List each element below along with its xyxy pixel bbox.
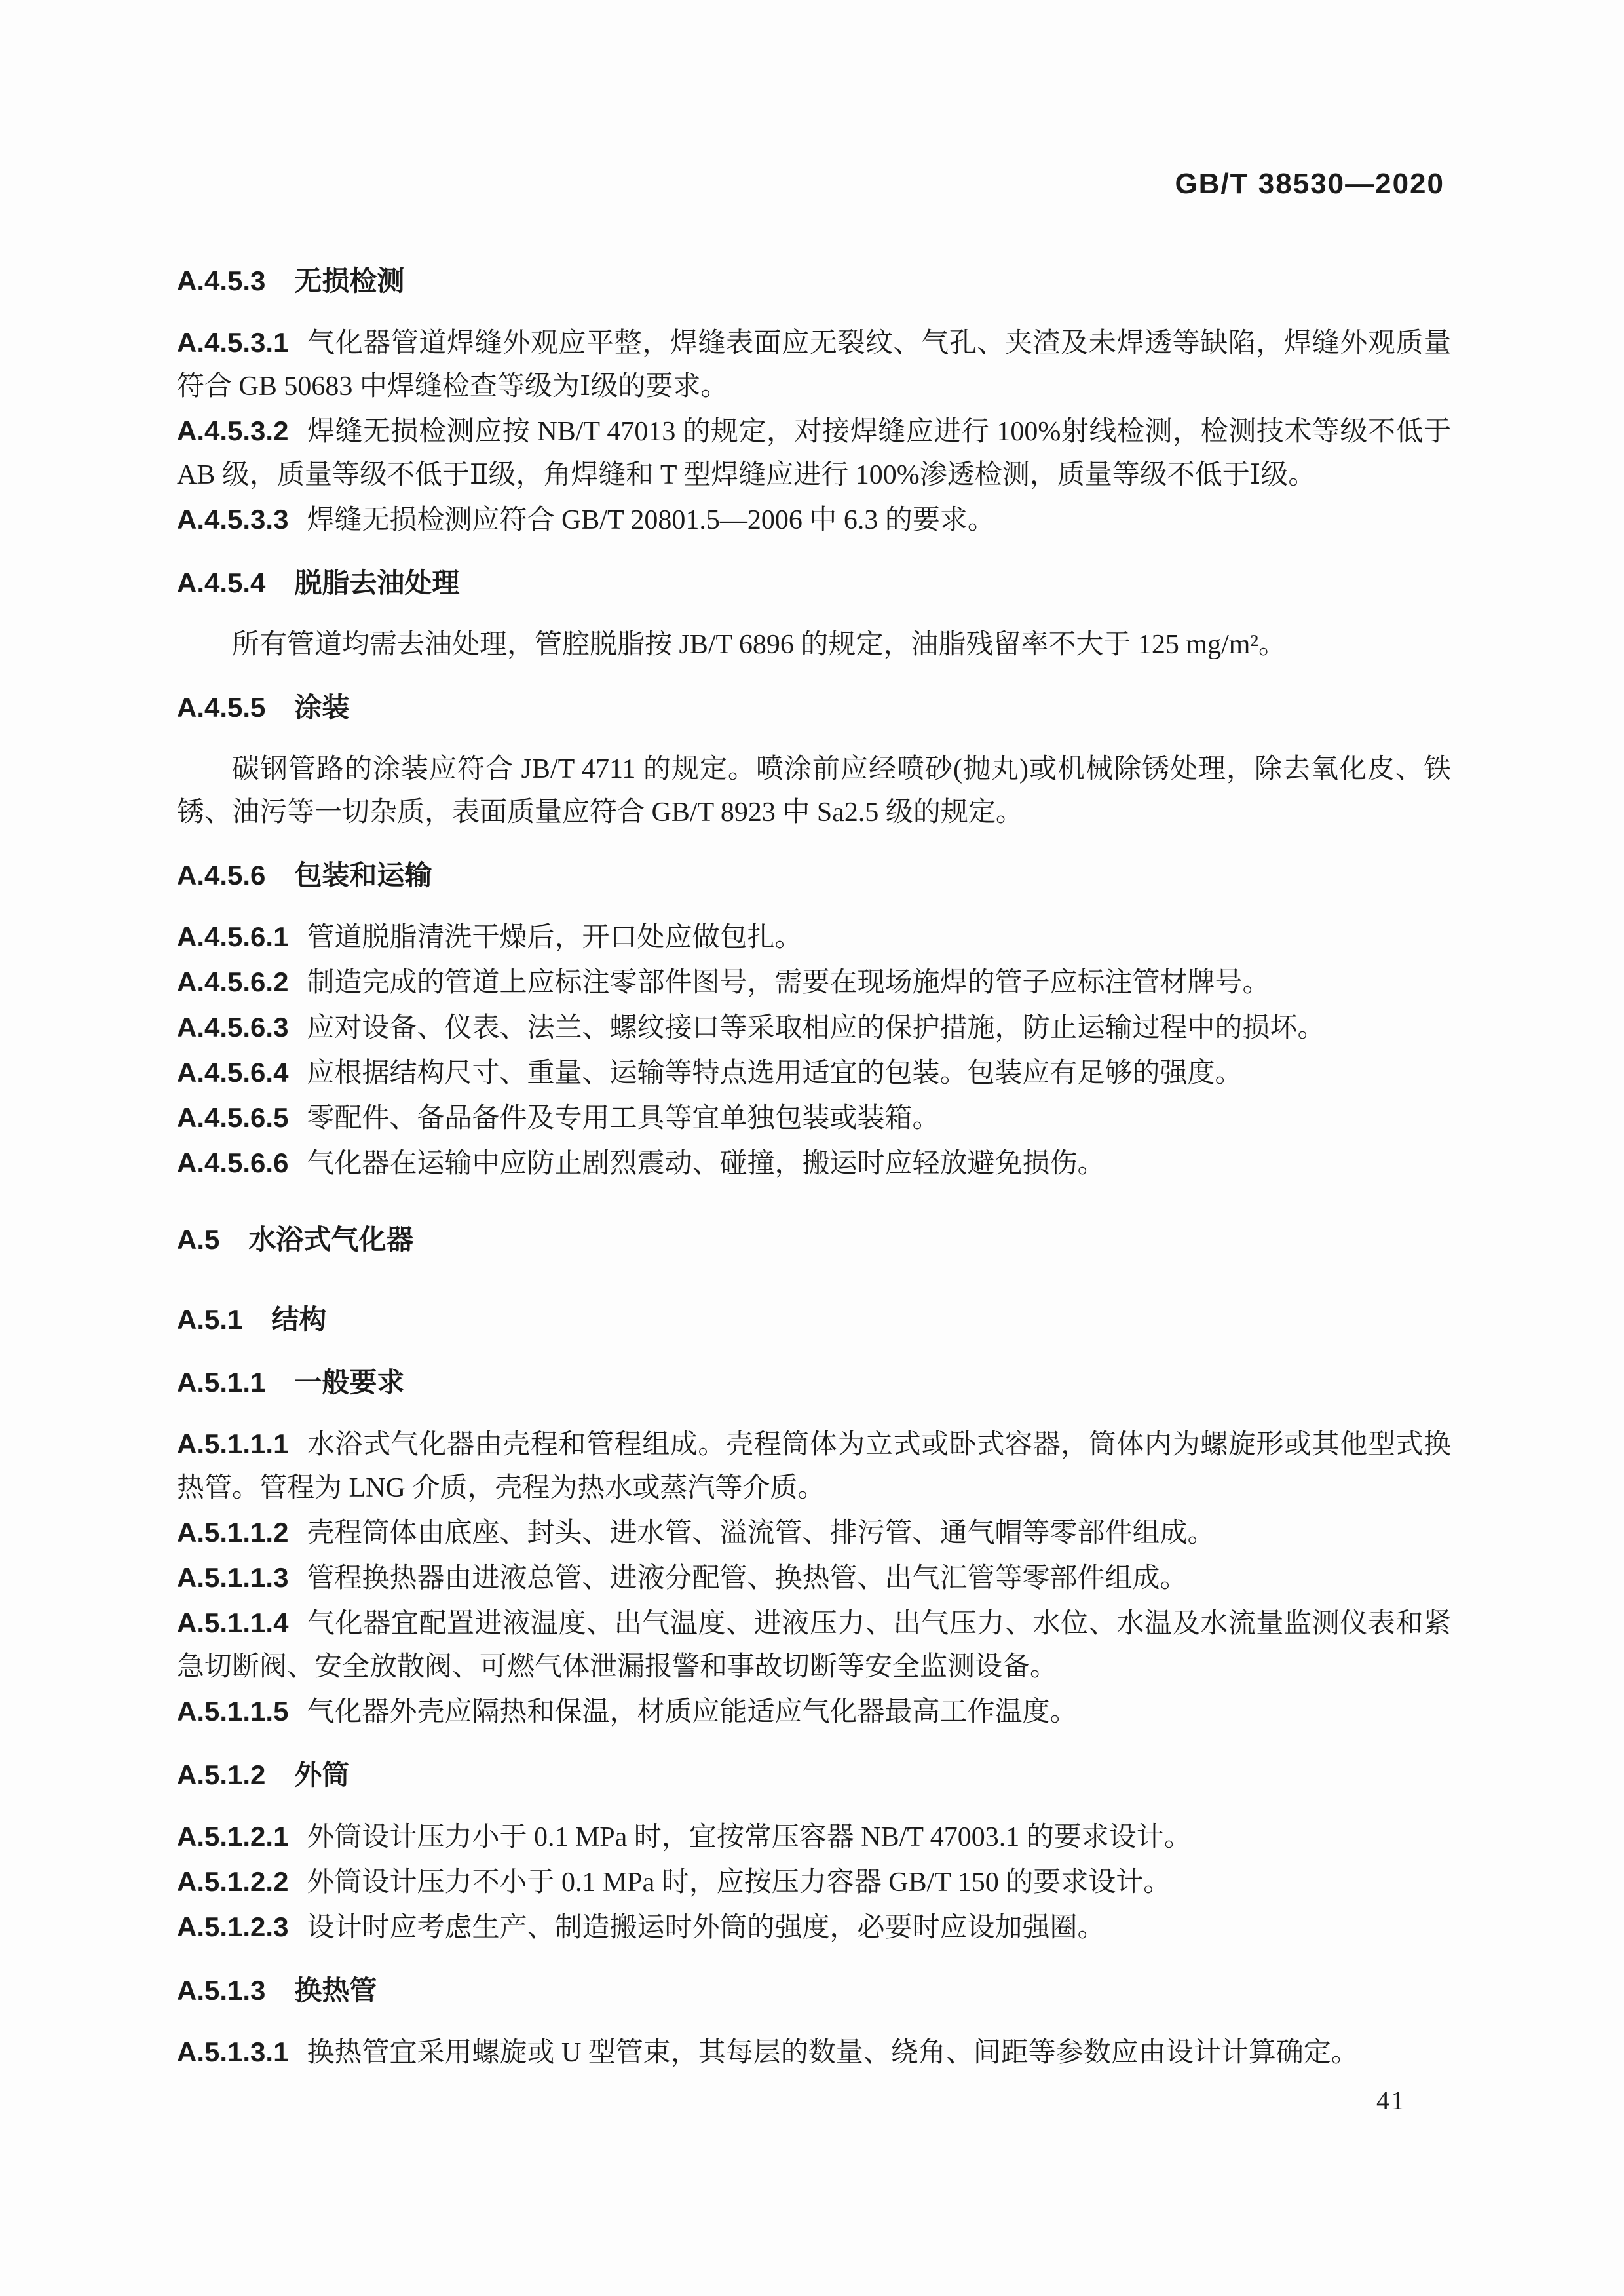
clause-number: A.5.1.1.3 [177,1562,288,1593]
clause-number: A.4.5.6.1 [177,921,288,952]
paragraph: 碳钢管路的涂装应符合 JB/T 4711 的规定。喷涂前应经喷砂(抛丸)或机械除… [177,748,1451,834]
clause-number: A.5.1.2.1 [177,1821,288,1852]
clause-text: 设计时应考虑生产、制造搬运时外筒的强度，必要时应设加强圈。 [307,1913,1105,1943]
section-heading: A.4.5.5涂装 [177,686,1451,729]
clause-number: A.5.1.2.3 [177,1911,288,1942]
section-title: 一般要求 [294,1367,404,1398]
clause-number: A.4.5.6.2 [177,966,288,997]
clause-text: 零配件、备品备件及专用工具等宜单独包装或装箱。 [307,1103,939,1134]
clause: A.5.1.1.4气化器宜配置进液温度、出气温度、进液压力、出气压力、水位、水温… [177,1601,1451,1689]
clause: A.5.1.1.3管程换热器由进液总管、进液分配管、换热管、出气汇管等零部件组成… [177,1556,1451,1600]
clause-text: 换热管宜采用螺旋或 U 型管束，其每层的数量、绕角、间距等参数应由设计计算确定。 [307,2038,1358,2068]
document-body: A.4.5.3无损检测A.4.5.3.1气化器管道焊缝外观应平整，焊缝表面应无裂… [177,259,1451,2076]
clause-number: A.4.5.6.4 [177,1057,288,1088]
section-title: 外筒 [294,1759,349,1790]
clause-text: 焊缝无损检测应按 NB/T 47013 的规定，对接焊缝应进行 100%射线检测… [177,417,1451,490]
section-number: A.4.5.6 [177,860,265,890]
document-page: GB/T 38530—2020 A.4.5.3无损检测A.4.5.3.1气化器管… [0,0,1624,2296]
section-heading: A.5.1.2外筒 [177,1753,1451,1797]
clause: A.4.5.6.2制造完成的管道上应标注零部件图号，需要在现场施焊的管子应标注管… [177,961,1451,1004]
clause: A.5.1.1.1水浴式气化器由壳程和管程组成。壳程筒体为立式或卧式容器，筒体内… [177,1423,1451,1510]
section-heading: A.4.5.4脱脂去油处理 [177,562,1451,605]
section-title: 无损检测 [294,265,404,296]
section-number: A.5.1 [177,1304,242,1335]
clause: A.4.5.3.3焊缝无损检测应符合 GB/T 20801.5—2006 中 6… [177,498,1451,542]
section-heading: A.5.1结构 [177,1298,1451,1341]
clause-text: 气化器在运输中应防止剧烈震动、碰撞，搬运时应轻放避免损伤。 [307,1149,1105,1179]
section-number: A.5.1.1 [177,1367,265,1398]
clause-text: 管道脱脂清洗干燥后，开口处应做包扎。 [307,923,802,953]
clause-number: A.4.5.3.3 [177,504,288,535]
clause-number: A.5.1.1.5 [177,1696,288,1727]
clause: A.4.5.6.6气化器在运输中应防止剧烈震动、碰撞，搬运时应轻放避免损伤。 [177,1141,1451,1185]
clause-number: A.5.1.1.1 [177,1428,288,1459]
section-title: 脱脂去油处理 [294,567,459,598]
clause-number: A.4.5.6.6 [177,1147,288,1178]
clause: A.4.5.6.4应根据结构尺寸、重量、运输等特点选用适宜的包装。包装应有足够的… [177,1051,1451,1095]
section-number: A.5 [177,1224,219,1255]
clause: A.5.1.2.1外筒设计压力小于 0.1 MPa 时，宜按常压容器 NB/T … [177,1815,1451,1859]
clause-number: A.5.1.1.4 [177,1607,288,1638]
clause: A.4.5.6.3应对设备、仪表、法兰、螺纹接口等采取相应的保护措施，防止运输过… [177,1006,1451,1050]
clause: A.5.1.3.1换热管宜采用螺旋或 U 型管束，其每层的数量、绕角、间距等参数… [177,2031,1451,2075]
clause-text: 应根据结构尺寸、重量、运输等特点选用适宜的包装。包装应有足够的强度。 [307,1058,1242,1088]
section-heading: A.5水浴式气化器 [177,1218,1451,1261]
clause-number: A.5.1.3.1 [177,2037,288,2067]
clause: A.5.1.2.3设计时应考虑生产、制造搬运时外筒的强度，必要时应设加强圈。 [177,1905,1451,1949]
clause-text: 外筒设计压力小于 0.1 MPa 时，宜按常压容器 NB/T 47003.1 的… [307,1822,1191,1852]
section-title: 水浴式气化器 [248,1224,413,1255]
clause-text: 管程换热器由进液总管、进液分配管、换热管、出气汇管等零部件组成。 [307,1563,1187,1594]
clause: A.5.1.1.5气化器外壳应隔热和保温，材质应能适应气化器最高工作温度。 [177,1690,1451,1734]
clause-number: A.4.5.3.1 [177,327,288,358]
clause-text: 外筒设计压力不小于 0.1 MPa 时，应按压力容器 GB/T 150 的要求设… [307,1867,1171,1898]
section-heading: A.5.1.1一般要求 [177,1361,1451,1404]
section-number: A.4.5.4 [177,567,265,598]
clause-number: A.4.5.6.3 [177,1012,288,1043]
page-number: 41 [1376,2085,1405,2116]
clause: A.5.1.2.2外筒设计压力不小于 0.1 MPa 时，应按压力容器 GB/T… [177,1860,1451,1904]
clause-text: 水浴式气化器由壳程和管程组成。壳程筒体为立式或卧式容器，筒体内为螺旋形或其他型式… [177,1430,1451,1503]
section-heading: A.4.5.3无损检测 [177,259,1451,303]
clause-text: 气化器外壳应隔热和保温，材质应能适应气化器最高工作温度。 [307,1697,1077,1727]
section-heading: A.4.5.6包装和运输 [177,854,1451,897]
clause-number: A.5.1.1.2 [177,1517,288,1548]
clause-text: 气化器管道焊缝外观应平整，焊缝表面应无裂纹、气孔、夹渣及未焊透等缺陷，焊缝外观质… [177,328,1451,402]
clause-number: A.4.5.3.2 [177,415,288,446]
clause: A.4.5.6.1管道脱脂清洗干燥后，开口处应做包扎。 [177,915,1451,959]
section-heading: A.5.1.3换热管 [177,1969,1451,2012]
section-title: 包装和运输 [294,860,432,890]
clause-number: A.5.1.2.2 [177,1866,288,1897]
section-number: A.5.1.3 [177,1975,265,2006]
section-title: 涂装 [294,692,349,723]
paragraph: 所有管道均需去油处理，管腔脱脂按 JB/T 6896 的规定，油脂残留率不大于 … [177,623,1451,666]
section-number: A.4.5.3 [177,265,265,296]
clause-text: 壳程筒体由底座、封头、进水管、溢流管、排污管、通气帽等零部件组成。 [307,1518,1215,1548]
section-number: A.5.1.2 [177,1759,265,1790]
section-number: A.4.5.5 [177,692,265,723]
clause-text: 气化器宜配置进液温度、出气温度、进液压力、出气压力、水位、水温及水流量监测仪表和… [177,1609,1451,1682]
clause-number: A.4.5.6.5 [177,1102,288,1133]
clause: A.4.5.6.5零配件、备品备件及专用工具等宜单独包装或装箱。 [177,1096,1451,1140]
section-title: 结构 [271,1304,326,1335]
clause: A.4.5.3.2焊缝无损检测应按 NB/T 47013 的规定，对接焊缝应进行… [177,410,1451,497]
section-title: 换热管 [294,1975,377,2006]
clause-text: 焊缝无损检测应符合 GB/T 20801.5—2006 中 6.3 的要求。 [307,505,994,535]
clause-text: 制造完成的管道上应标注零部件图号，需要在现场施焊的管子应标注管材牌号。 [307,968,1270,998]
document-code-header: GB/T 38530—2020 [1175,168,1445,201]
clause-text: 应对设备、仪表、法兰、螺纹接口等采取相应的保护措施，防止运输过程中的损坏。 [307,1013,1325,1043]
clause: A.5.1.1.2壳程筒体由底座、封头、进水管、溢流管、排污管、通气帽等零部件组… [177,1511,1451,1555]
clause: A.4.5.3.1气化器管道焊缝外观应平整，焊缝表面应无裂纹、气孔、夹渣及未焊透… [177,321,1451,408]
